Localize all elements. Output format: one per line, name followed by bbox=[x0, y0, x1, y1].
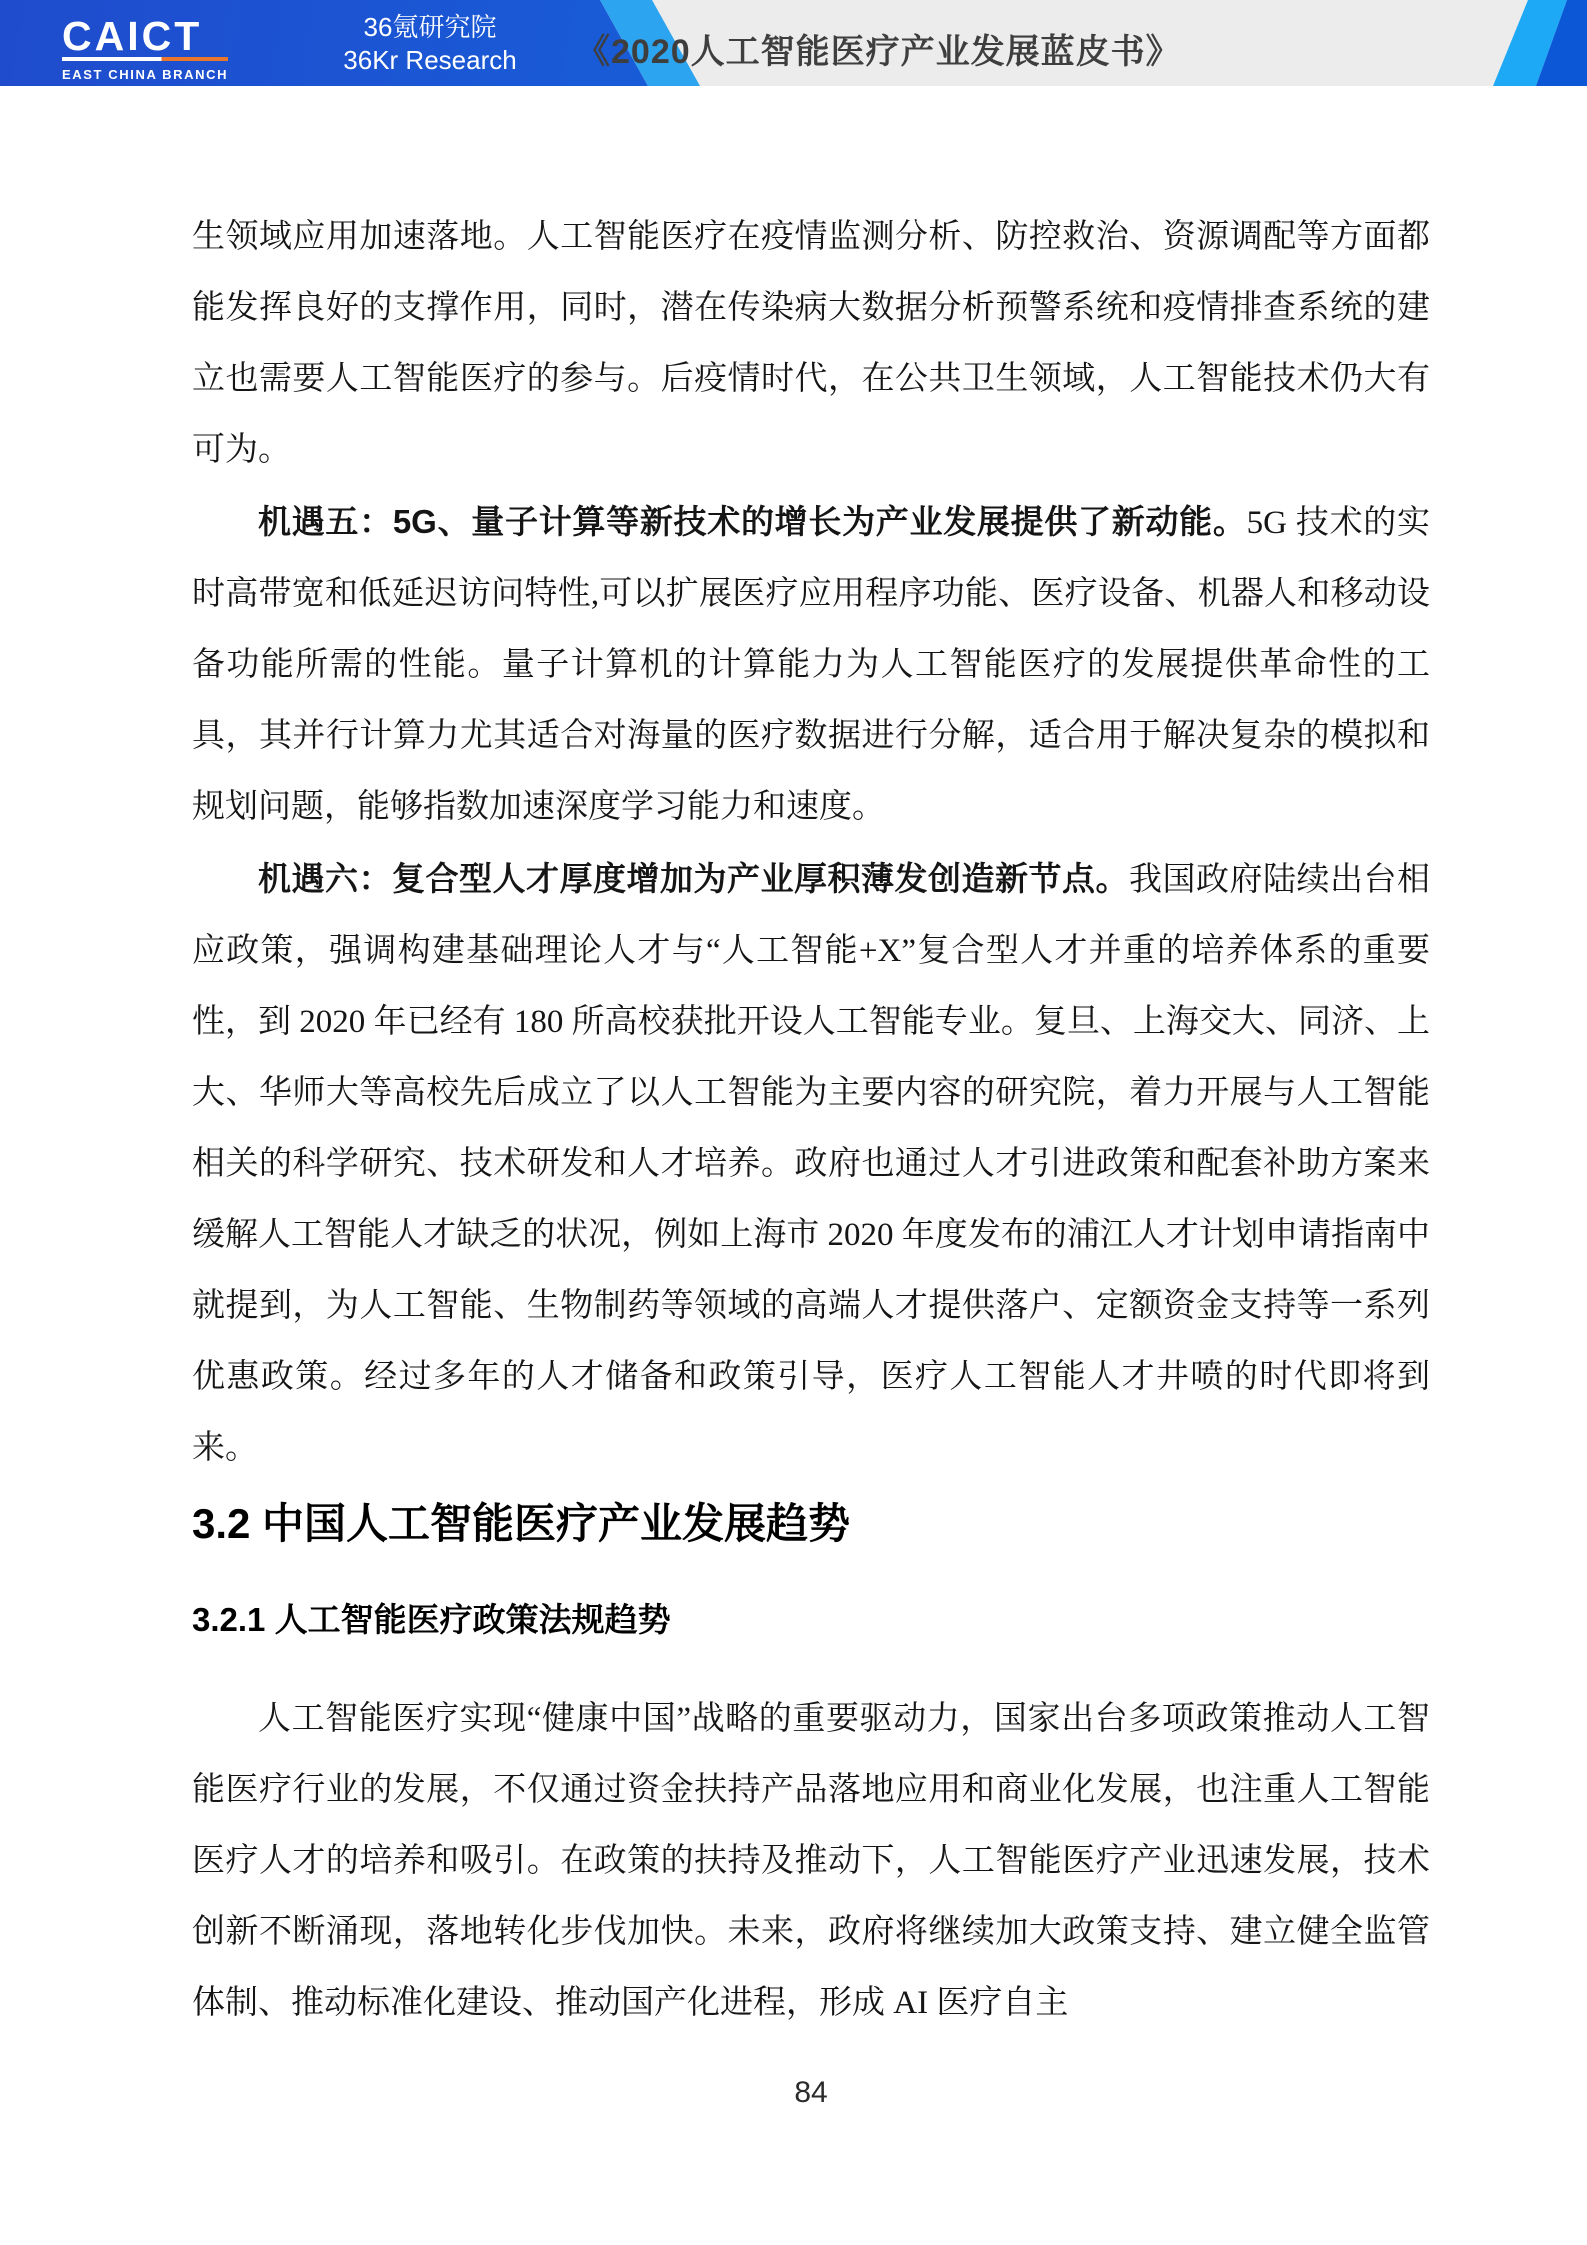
section-heading: 3.2 中国人工智能医疗产业发展趋势 bbox=[192, 1500, 1430, 1548]
paragraph-continuation: 生领域应用加速落地。人工智能医疗在疫情监测分析、防控救治、资源调配等方面都能发挥… bbox=[192, 202, 1430, 486]
paragraph-text: 人工智能医疗实现“健康中国”战略的重要驱动力，国家出台多项政策推动人工智能医疗行… bbox=[192, 1701, 1430, 2021]
paragraph-opportunity-6: 机遇六：复合型人才厚度增加为产业厚积薄发创造新节点。我国政府陆续出台相应政策，强… bbox=[192, 843, 1430, 1484]
page-header-band: CAICT EAST CHINA BRANCH 36氪研究院 36Kr Rese… bbox=[0, 0, 1587, 86]
page-footer: 84 bbox=[192, 2076, 1430, 2110]
caict-logo-subtitle: EAST CHINA BRANCH bbox=[62, 67, 228, 82]
document-page: CAICT EAST CHINA BRANCH 36氪研究院 36Kr Rese… bbox=[0, 0, 1587, 2245]
caict-logo-text: CAICT bbox=[62, 18, 228, 54]
org-name-block: 36氪研究院 36Kr Research bbox=[295, 11, 565, 77]
paragraph-text: 5G 技术的实时高带宽和低延迟访问特性,可以扩展医疗应用程序功能、医疗设备、机器… bbox=[192, 505, 1430, 825]
org-name-cn: 36氪研究院 bbox=[295, 11, 565, 44]
paragraph-lead-bold: 机遇五：5G、量子计算等新技术的增长为产业发展提供了新动能。 bbox=[258, 503, 1247, 540]
paragraph-policy-trend: 人工智能医疗实现“健康中国”战略的重要驱动力，国家出台多项政策推动人工智能医疗行… bbox=[192, 1684, 1430, 2039]
org-name-en: 36Kr Research bbox=[295, 44, 565, 77]
caict-logo: CAICT EAST CHINA BRANCH bbox=[62, 18, 228, 82]
paragraph-text: 生领域应用加速落地。人工智能医疗在疫情监测分析、防控救治、资源调配等方面都能发挥… bbox=[192, 219, 1430, 468]
page-body: 生领域应用加速落地。人工智能医疗在疫情监测分析、防控救治、资源调配等方面都能发挥… bbox=[192, 86, 1430, 2039]
paragraph-opportunity-5: 机遇五：5G、量子计算等新技术的增长为产业发展提供了新动能。5G 技术的实时高带… bbox=[192, 486, 1430, 843]
page-number: 84 bbox=[794, 2076, 827, 2109]
document-title: 《2020人工智能医疗产业发展蓝皮书》 bbox=[576, 24, 1181, 73]
subsection-heading: 3.2.1 人工智能医疗政策法规趋势 bbox=[192, 1600, 1430, 1640]
paragraph-lead-bold: 机遇六：复合型人才厚度增加为产业厚积薄发创造新节点。 bbox=[258, 860, 1129, 897]
paragraph-text: 我国政府陆续出台相应政策，强调构建基础理论人才与“人工智能+X”复合型人才并重的… bbox=[192, 862, 1430, 1466]
